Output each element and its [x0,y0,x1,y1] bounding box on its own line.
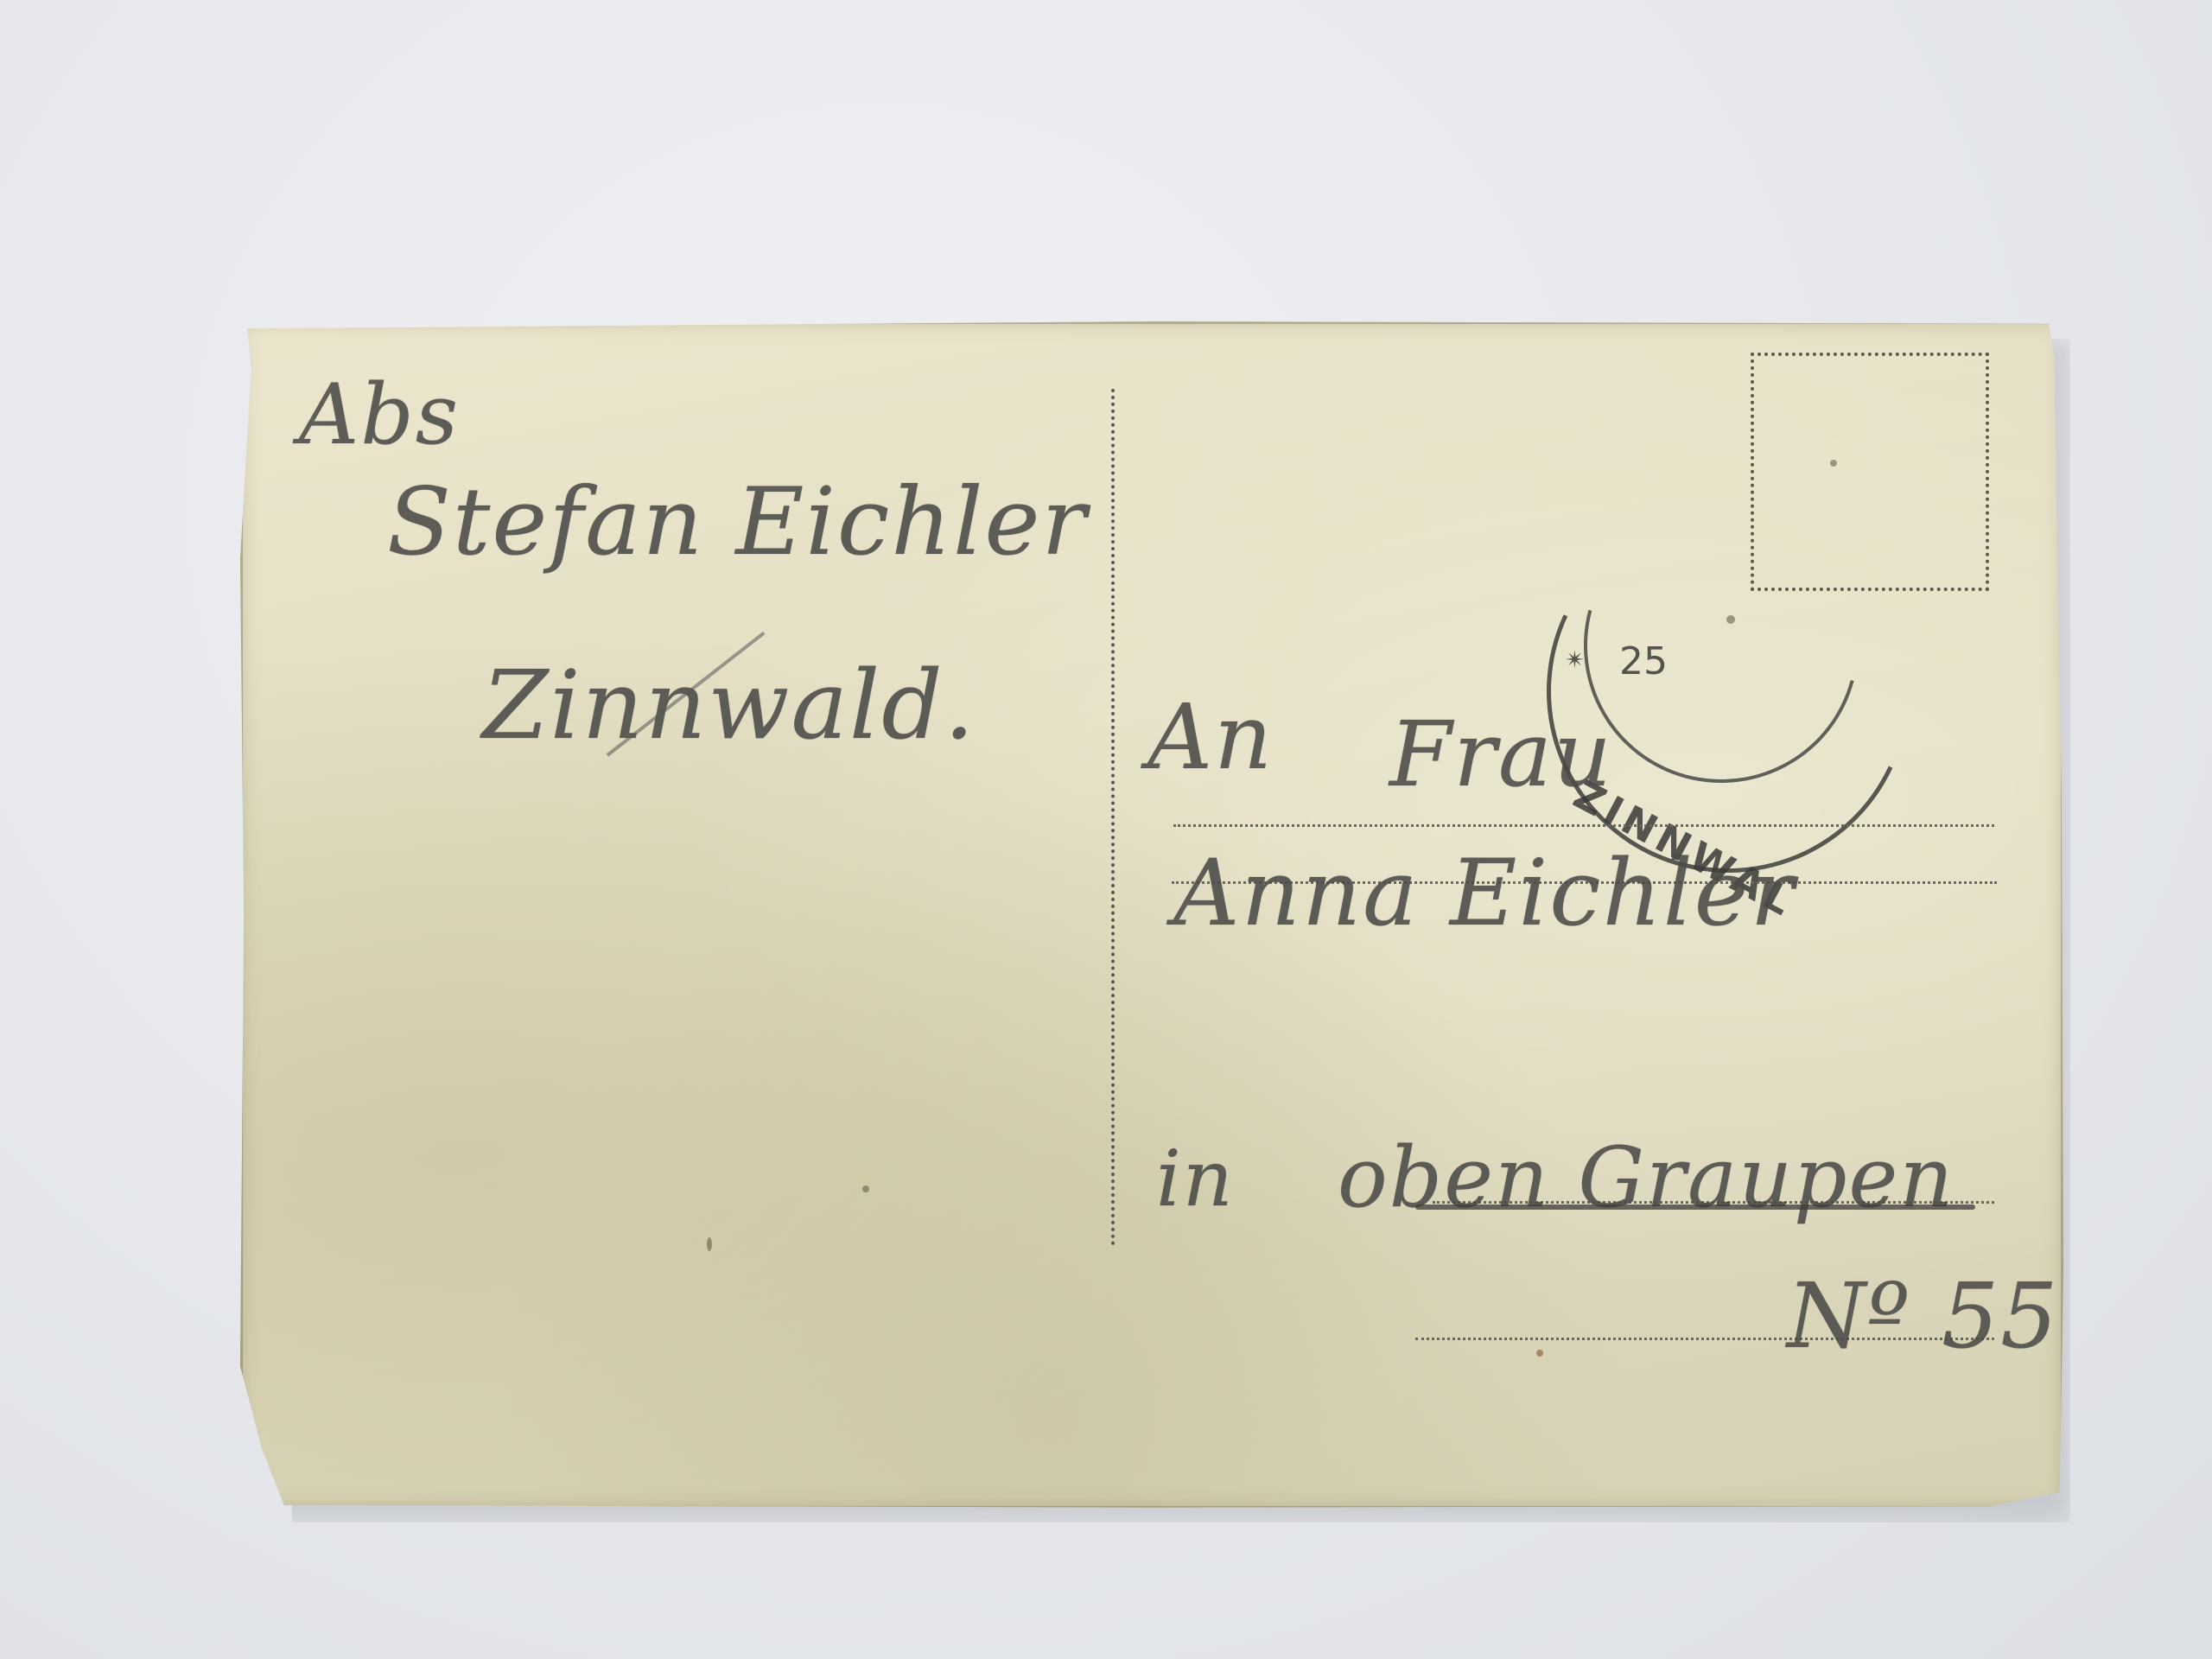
stain-speck [862,1185,869,1192]
stain-speck [1536,1350,1543,1357]
postcard: Abs Stefan Eichler Zinnwald. ✴ 25 ZINNWA… [240,321,2063,1509]
recipient-place-prefix: in [1156,1134,1235,1224]
recipient-place: oben Graupen [1338,1129,1955,1226]
stain-speck [1830,460,1837,467]
sender-name: Stefan Eichler [387,468,1088,576]
stain-speck [707,1237,712,1251]
address-line-1 [1173,824,1994,827]
place-underline [1415,1205,1975,1210]
sender-town: Zinnwald. [482,650,976,760]
postmark-numeral: 25 [1619,639,1668,683]
recipient-name: Anna Eichler [1173,840,1796,946]
stain-speck [1726,615,1735,624]
recipient-salutation: An [1147,684,1274,790]
sender-prefix: Abs [299,366,460,463]
postmark-star-icon: ✴ [1565,645,1585,674]
vertical-divider [1111,389,1115,1246]
recipient-title: Frau [1389,702,1613,807]
recipient-house-number: Nº 55 [1787,1263,2059,1369]
